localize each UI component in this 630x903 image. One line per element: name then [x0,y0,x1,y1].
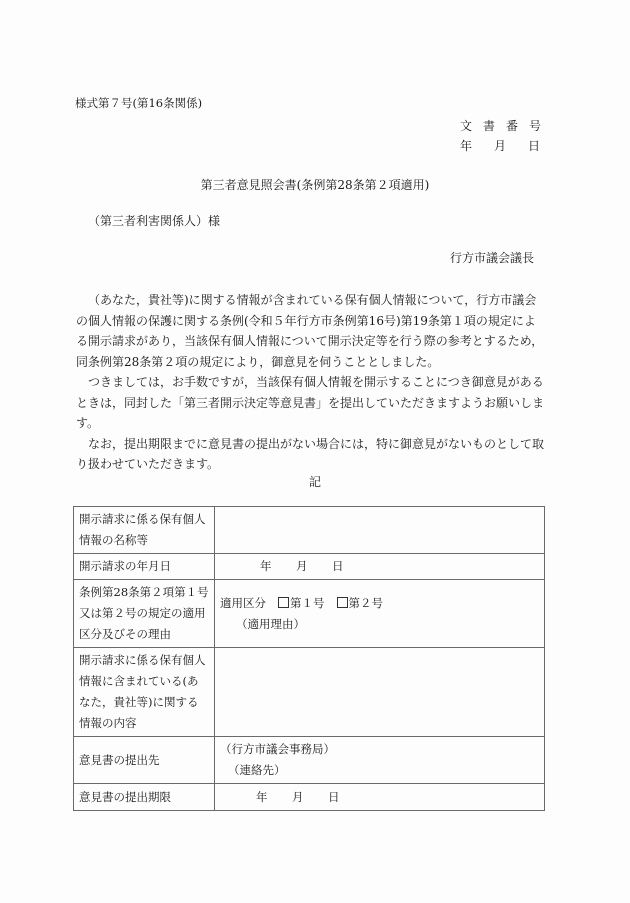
year-char: 年 [260,556,296,577]
form-number: 様式第７号(第16条関係) [75,95,202,111]
row-label: 意見書の提出期限 [74,784,215,811]
row-value: （行方市議会事務局） （連絡先） [215,737,545,784]
table-row: 条例第28条第２項第１号又は第２号の規定の適用区分及びその理由 適用区分第１号第… [74,580,545,648]
table-row: 意見書の提出先 （行方市議会事務局） （連絡先） [74,737,545,784]
month-char: 月 [494,137,528,154]
category-label: 適用区分 [220,596,266,610]
year-char: 年 [256,787,292,808]
table-row: 開示請求の年月日 年月日 [74,554,545,580]
table-row: 開示請求に係る保有個人情報に含まれている(あなた，貴社等)に関する情報の内容 [74,648,545,737]
row-value: 年月日 [215,784,545,811]
sender: 行方市議会議長 [450,249,534,266]
doc-number-char: 番 [506,117,529,134]
document-title: 第三者意見照会書(条例第28条第２項適用) [0,176,630,193]
info-table: 開示請求に係る保有個人情報の名称等 開示請求の年月日 年月日 条例第28条第２項… [73,506,545,811]
document-number-label: 文書番号 [460,117,552,134]
month-char: 月 [296,556,332,577]
doc-number-char: 号 [529,117,552,134]
checkbox-label-1: 第１号 [290,596,325,610]
checkbox-label-2: 第２号 [349,596,384,610]
row-value [215,648,545,737]
doc-number-char: 書 [483,117,506,134]
row-value: 年月日 [215,554,545,580]
row-label: 条例第28条第２項第１号又は第２号の規定の適用区分及びその理由 [74,580,215,648]
checkbox-item-1[interactable] [278,597,289,608]
row-label: 開示請求に係る保有個人情報の名称等 [74,507,215,554]
day-char: 日 [332,556,344,577]
day-char: 日 [328,787,340,808]
body-paragraph: （あなた，貴社等)に関する情報が含まれている保有個人情報について，行方市議会の個… [76,290,546,372]
body-paragraph: なお，提出期限までに意見書の提出がない場合には，特に御意見がないものとして取り扱… [76,434,546,475]
day-char: 日 [528,137,540,154]
issue-date-line: 年月日 [460,137,540,154]
row-value: 適用区分第１号第２号 （適用理由） [215,580,545,648]
body-text: （あなた，貴社等)に関する情報が含まれている保有個人情報について，行方市議会の個… [76,290,546,475]
addressee: （第三者利害関係人）様 [88,212,220,229]
row-label: 開示請求に係る保有個人情報に含まれている(あなた，貴社等)に関する情報の内容 [74,648,215,737]
deadline-date: 年月日 [220,787,340,808]
row-value [215,507,545,554]
year-char: 年 [460,137,494,154]
ki-heading: 記 [0,473,630,490]
submission-office: （行方市議会事務局） [220,739,539,760]
table-row: 開示請求に係る保有個人情報の名称等 [74,507,545,554]
reason-label: （適用理由） [220,614,539,635]
request-date: 年月日 [220,556,344,577]
contact-label: （連絡先） [220,760,539,781]
category-line: 適用区分第１号第２号 [220,593,539,614]
month-char: 月 [292,787,328,808]
doc-number-char: 文 [460,117,483,134]
body-paragraph: つきましては，お手数ですが，当該保有個人情報を開示することにつき御意見があるとき… [76,372,546,434]
row-label: 意見書の提出先 [74,737,215,784]
table-row: 意見書の提出期限 年月日 [74,784,545,811]
row-label: 開示請求の年月日 [74,554,215,580]
checkbox-item-2[interactable] [337,597,348,608]
